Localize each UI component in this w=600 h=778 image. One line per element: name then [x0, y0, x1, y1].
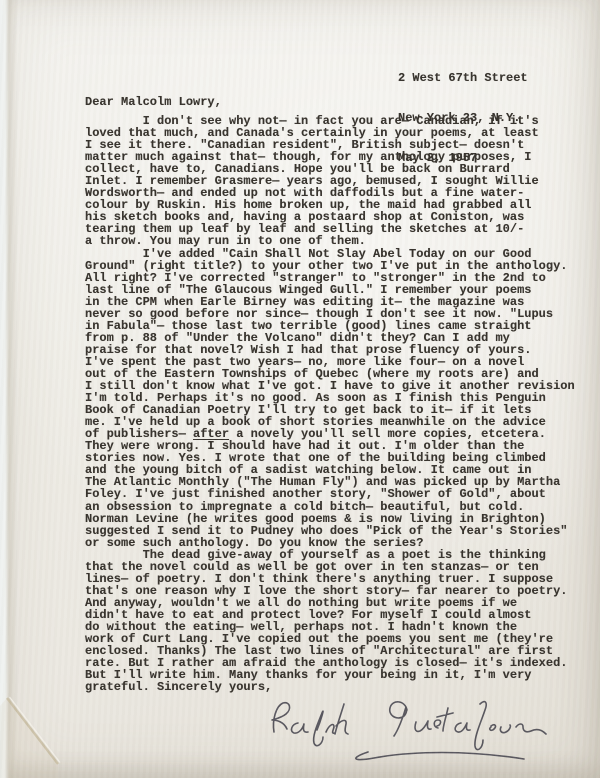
signature-stroke-gustafson [390, 702, 546, 750]
paper-crease [0, 694, 72, 778]
letter-line: suggested I send it to Pudney who does "… [85, 525, 575, 537]
letter-line: or some such anthology. Do you know the … [85, 537, 575, 549]
letter-line: a throw. You may run in to one of them. [85, 235, 575, 247]
letter-line: last line of "The Glaucous Winged Gull."… [85, 284, 575, 296]
letter-line: Foley. I've just finished another story,… [85, 488, 575, 500]
letter-line: I've added "Cain Shall Not Slay Abel Tod… [85, 248, 575, 260]
letter-line: never so good before nor since— though I… [85, 308, 575, 320]
signature-stroke-ralph [272, 703, 348, 746]
letter-line: Ground" (right title?) to your other two… [85, 260, 575, 272]
signature-handwriting [222, 692, 557, 768]
letter-line: that the novel could as well be got over… [85, 561, 575, 573]
letter-line: All right? I've corrected "stranger" to … [85, 272, 575, 284]
letter-body: I don't see why not— in fact you are— Ca… [85, 115, 575, 693]
address-line-street: 2 West 67th Street [398, 72, 528, 85]
letter-line: The dead give-away of yourself as a poet… [85, 549, 575, 561]
signature-flourish [356, 752, 524, 760]
letter-page: 2 West 67th Street New York 23, N.Y. May… [0, 0, 600, 778]
letter-line: Norman Levine (he writes good poems & is… [85, 513, 575, 525]
salutation: Dear Malcolm Lowry, [85, 96, 222, 109]
fold-shadow-area [0, 698, 58, 778]
letter-line: in the CPM when Earle Birney was editing… [85, 296, 575, 308]
letter-line: an obsession to impregnate a cold bitch—… [85, 501, 575, 513]
